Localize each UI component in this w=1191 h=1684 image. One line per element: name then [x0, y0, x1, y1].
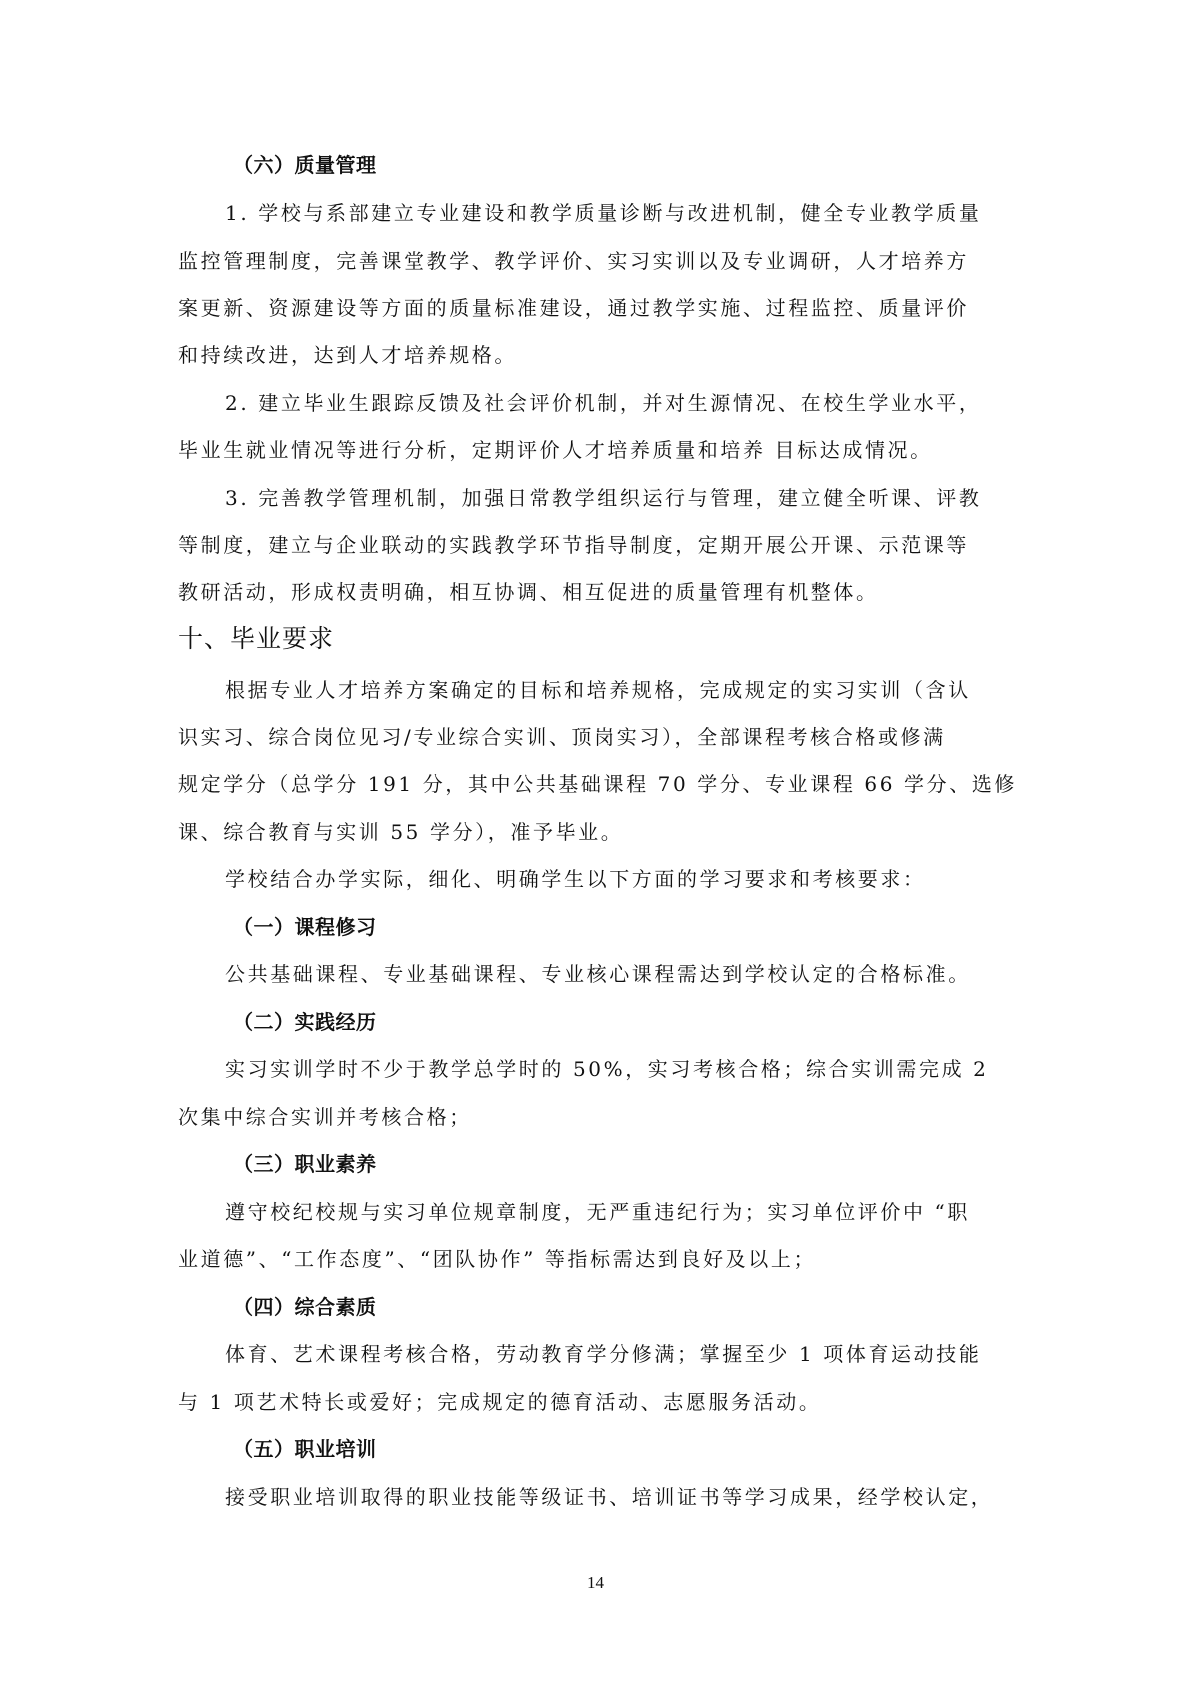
subheading-professional-quality: （三）职业素养 [233, 1151, 377, 1177]
paragraph-line: 遵守校纪校规与实习单位规章制度，无严重违纪行为；实习单位评价中 “职 [225, 1199, 970, 1225]
paragraph-line: 1. 学校与系部建立专业建设和教学质量诊断与改进机制，健全专业教学质量 [225, 200, 981, 226]
paragraph-line: 课、综合教育与实训 55 学分），准予毕业。 [178, 819, 623, 845]
paragraph-line: 学校结合办学实际，细化、明确学生以下方面的学习要求和考核要求： [225, 866, 926, 892]
paragraph-line: 和持续改进，达到人才培养规格。 [178, 342, 517, 368]
subheading-practice-experience: （二）实践经历 [233, 1009, 377, 1035]
paragraph-line: 案更新、资源建设等方面的质量标准建设，通过教学实施、过程监控、质量评价 [178, 295, 969, 321]
subheading-comprehensive-quality: （四）综合素质 [233, 1294, 377, 1320]
paragraph-line: 体育、艺术课程考核合格，劳动教育学分修满；掌握至少 1 项体育运动技能 [225, 1341, 981, 1367]
paragraph-line: 毕业生就业情况等进行分析，定期评价人才培养质量和培养 目标达成情况。 [178, 437, 933, 463]
paragraph-line: 教研活动，形成权责明确，相互协调、相互促进的质量管理有机整体。 [178, 579, 879, 605]
paragraph-line: 等制度，建立与企业联动的实践教学环节指导制度，定期开展公开课、示范课等 [178, 532, 969, 558]
paragraph-line: 监控管理制度，完善课堂教学、教学评价、实习实训以及专业调研，人才培养方 [178, 248, 969, 274]
paragraph-line: 2. 建立毕业生跟踪反馈及社会评价机制，并对生源情况、在校生学业水平， [225, 390, 981, 416]
paragraph-line: 公共基础课程、专业基础课程、专业核心课程需达到学校认定的合格标准。 [225, 961, 971, 987]
subheading-course-study: （一）课程修习 [233, 914, 377, 940]
subheading-vocational-training: （五）职业培训 [233, 1436, 377, 1462]
paragraph-line: 识实习、综合岗位见习/专业综合实训、顶岗实习），全部课程考核合格或修满 [178, 724, 946, 750]
subheading-quality-management: （六）质量管理 [233, 152, 377, 178]
paragraph-line: 次集中综合实训并考核合格； [178, 1104, 472, 1130]
paragraph-line: 业道德”、“工作态度”、“团队协作” 等指标需达到良好及以上； [178, 1246, 816, 1272]
paragraph-line: 接受职业培训取得的职业技能等级证书、培训证书等学习成果，经学校认定， [225, 1484, 993, 1510]
paragraph-line: 3. 完善教学管理机制，加强日常教学组织运行与管理，建立健全听课、评教 [225, 485, 981, 511]
page-number: 14 [0, 1573, 1191, 1593]
paragraph-line: 根据专业人才培养方案确定的目标和培养规格，完成规定的实习实训（含认 [225, 677, 971, 703]
document-page: （六）质量管理 1. 学校与系部建立专业建设和教学质量诊断与改进机制，健全专业教… [0, 0, 1191, 1684]
paragraph-line: 与 1 项艺术特长或爱好；完成规定的德育活动、志愿服务活动。 [178, 1389, 821, 1415]
paragraph-line: 规定学分（总学分 191 分，其中公共基础课程 70 学分、专业课程 66 学分… [178, 771, 1017, 797]
paragraph-line: 实习实训学时不少于教学总学时的 50%，实习考核合格；综合实训需完成 2 [225, 1056, 989, 1082]
section-heading-graduation-requirements: 十、毕业要求 [178, 624, 334, 654]
